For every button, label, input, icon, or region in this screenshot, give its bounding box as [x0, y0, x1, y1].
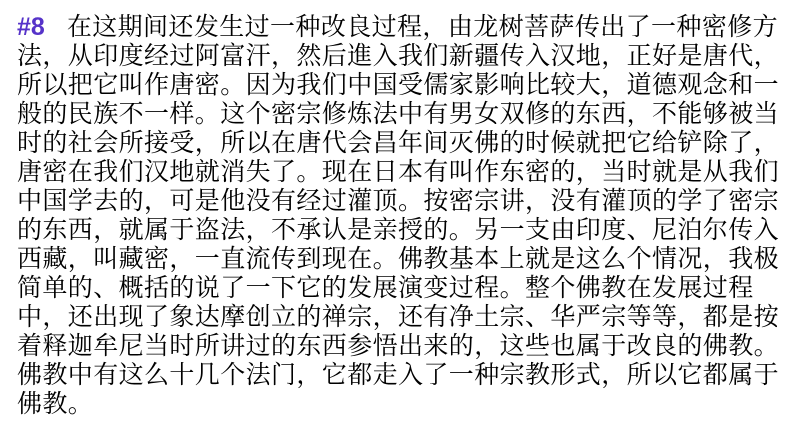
text-line: 所以把它叫作唐密。因为我们中国受儒家影响比较大，道德观念和一 — [17, 71, 800, 100]
text-line: 着释迦牟尼当时所讲过的东西参悟出来的，这些也属于改良的佛教。 — [17, 332, 800, 361]
text-line: 佛教中有这么十几个法门，它都走入了一种宗教形式，所以它都属于 — [17, 361, 800, 390]
text-line: 的东西，就属于盗法，不承认是亲授的。另一支由印度、尼泊尔传入 — [17, 216, 800, 245]
text-body: 法，从印度经过阿富汗，然后進入我们新疆传入汉地，正好是唐代，所以把它叫作唐密。因… — [17, 42, 800, 419]
text-line-first: #8在这期间还发生过一种改良过程，由龙树菩萨传出了一种密修方 — [17, 13, 800, 42]
text-line: 佛教。 — [17, 390, 800, 419]
text-line: 法，从印度经过阿富汗，然后進入我们新疆传入汉地，正好是唐代， — [17, 42, 800, 71]
text-line: 西藏，叫藏密，一直流传到现在。佛教基本上就是这么个情况，我极 — [17, 245, 800, 274]
text-line: 简单的、概括的说了一下它的发展演变过程。整个佛教在发展过程 — [17, 274, 800, 303]
text-line: 唐密在我们汉地就消失了。现在日本有叫作东密的，当时就是从我们 — [17, 158, 800, 187]
text-line: 般的民族不一样。这个密宗修炼法中有男女双修的东西，不能够被当 — [17, 100, 800, 129]
text-line: 中，还出现了象达摩创立的禅宗，还有净土宗、华严宗等等，都是按 — [17, 303, 800, 332]
document-page: #8在这期间还发生过一种改良过程，由龙树菩萨传出了一种密修方 法，从印度经过阿富… — [0, 0, 800, 439]
first-line-text: 在这期间还发生过一种改良过程，由龙树菩萨传出了一种密修方 — [67, 13, 778, 41]
text-line: 中国学去的，可是他没有经过灌顶。按密宗讲，没有灌顶的学了密宗 — [17, 187, 800, 216]
text-line: 时的社会所接受，所以在唐代会昌年间灭佛的时候就把它给铲除了， — [17, 129, 800, 158]
page-marker: #8 — [17, 13, 45, 41]
